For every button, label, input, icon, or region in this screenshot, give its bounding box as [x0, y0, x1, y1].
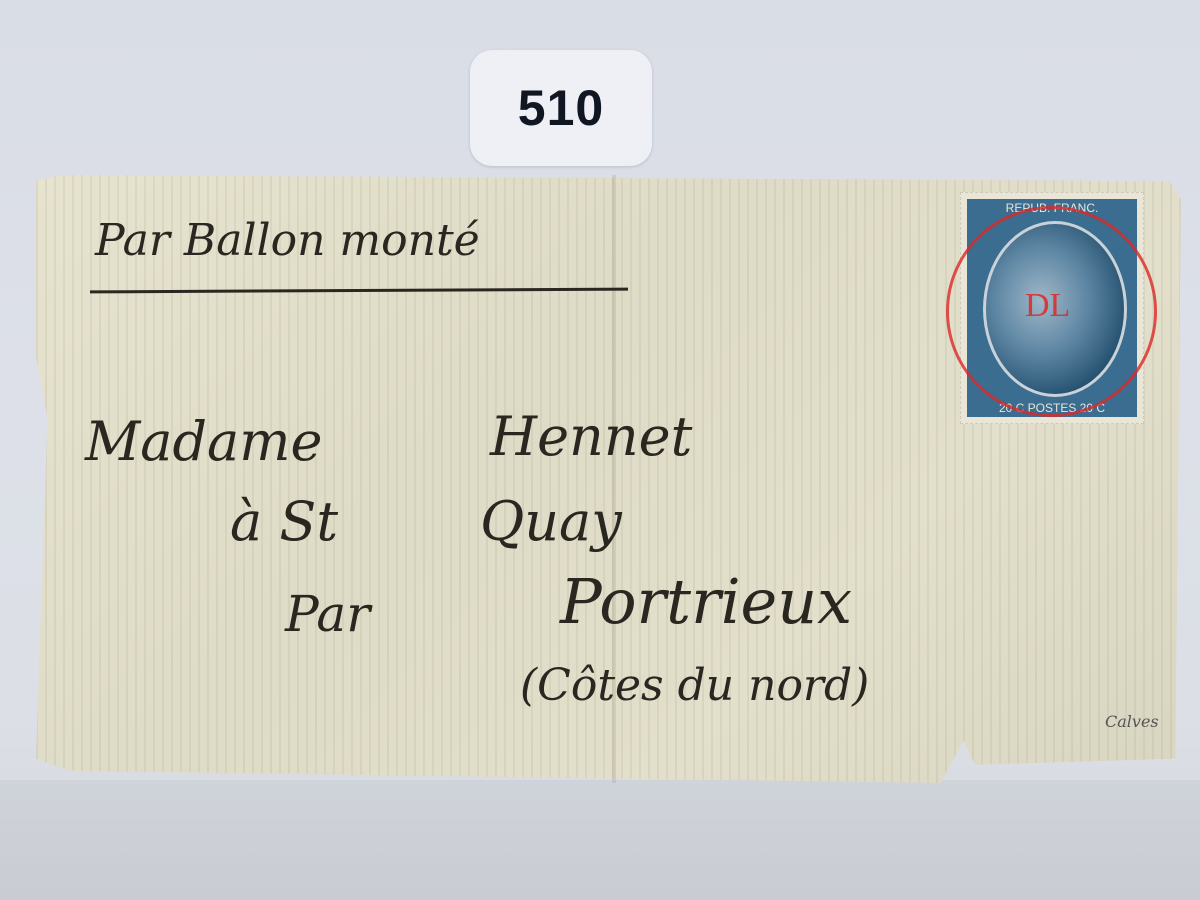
postmark-text: DL	[1025, 287, 1070, 325]
address-line-prefix: à St	[230, 490, 338, 553]
balloon-monte-annotation: Par Ballon monté	[95, 215, 480, 266]
red-cancellation-postmark: DL	[946, 206, 1157, 417]
address-line-surname: Hennet	[490, 405, 692, 468]
address-line-city: Portrieux	[560, 565, 852, 638]
expert-signature-mark: Calves	[1105, 712, 1159, 731]
address-line-department: (Côtes du nord)	[520, 660, 869, 711]
address-line-par: Par	[285, 585, 370, 643]
address-line-title: Madame	[85, 410, 322, 473]
plastic-sleeve	[0, 780, 1200, 900]
lot-number-tag: 510	[470, 50, 652, 166]
address-line-town: Quay	[480, 490, 622, 553]
lot-number: 510	[518, 79, 604, 137]
